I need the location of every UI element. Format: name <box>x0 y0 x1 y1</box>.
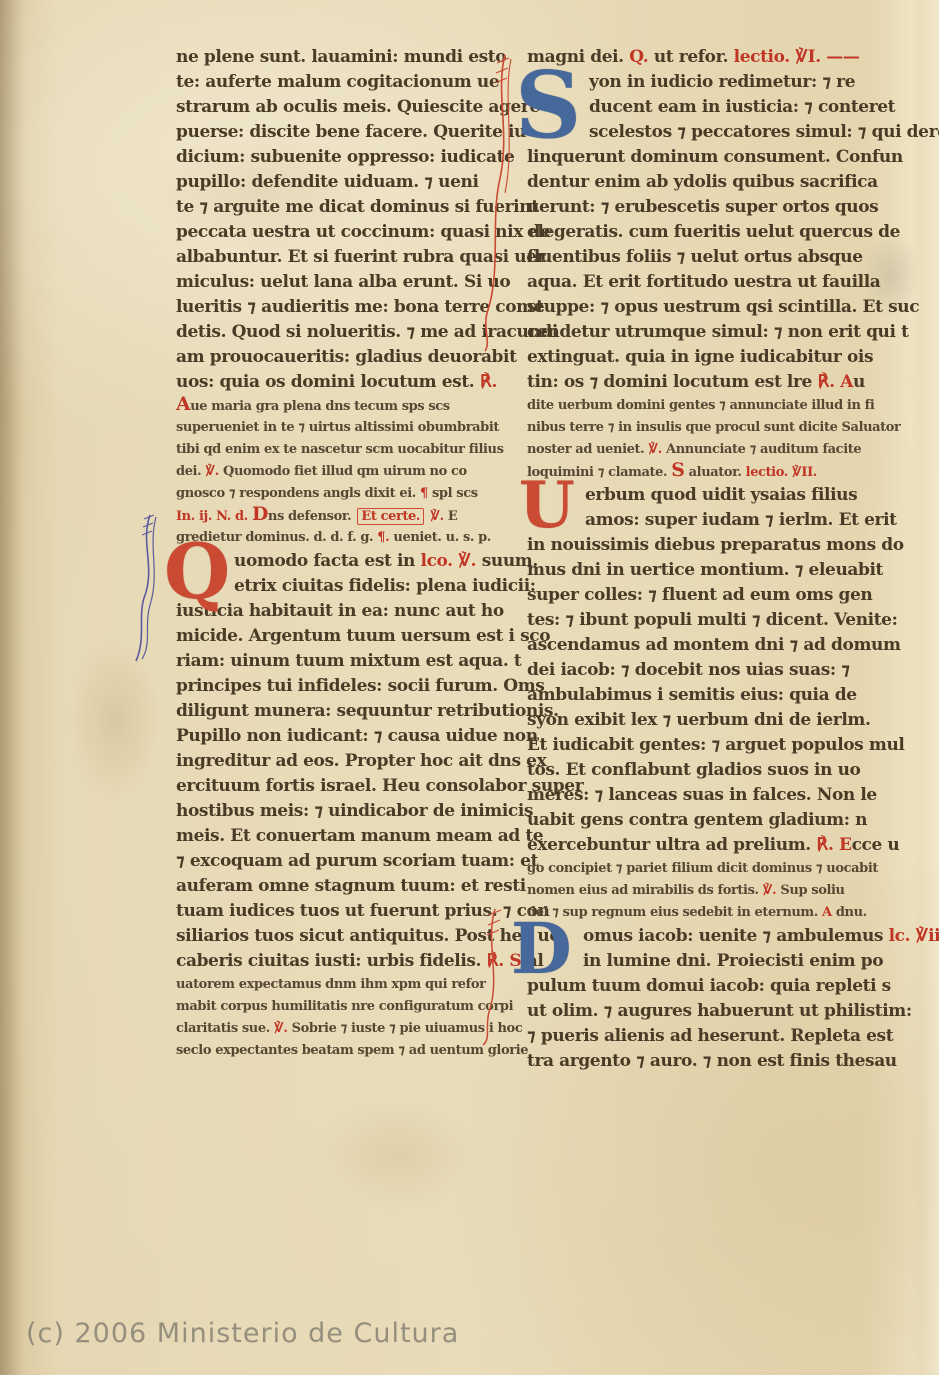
manuscript-line: meis. Et conuertam manum meam ad te <box>176 824 512 849</box>
text-run: exercebuntur ultra ad prelium. <box>527 835 816 855</box>
manuscript-line: am prouocaueritis: gladius deuorabit <box>176 345 512 370</box>
rubric-text-run: Q. <box>629 47 648 67</box>
text-run: uatorem expectamus dnm ihm xpm qui refor <box>176 977 486 992</box>
rubric-text-run: ℟. E <box>816 835 851 855</box>
text-run: ne plene sunt. lauamini: mundi esto <box>176 47 506 67</box>
manuscript-line: super colles: ⁊ fluent ad eum oms gen <box>527 583 879 608</box>
manuscript-line: detis. Quod si nolueritis. ⁊ me ad iracu… <box>176 320 512 345</box>
text-run: dei iacob: ⁊ docebit nos uias suas: ⁊ <box>527 660 850 680</box>
text-run: ambulabimus i semitis eius: quia de <box>527 685 857 705</box>
manuscript-line: erbum quod uidit ysaias filius <box>527 483 879 508</box>
manuscript-line: aqua. Et erit fortitudo uestra ut fauill… <box>527 270 879 295</box>
manuscript-line: dei iacob: ⁊ docebit nos uias suas: ⁊ <box>527 658 879 683</box>
text-run: erbum quod uidit ysaias filius <box>585 485 857 505</box>
manuscript-line: elegeratis. cum fueritis uelut quercus d… <box>527 220 879 245</box>
manuscript-line: tin: os ⁊ domini locutum est lre ℟. Au <box>527 370 879 395</box>
text-run: Annunciate ⁊ auditum facite <box>662 442 861 457</box>
text-run: uerunt: ⁊ erubescetis super ortos quos <box>527 197 878 217</box>
text-run: uabit gens contra gentem gladium: n <box>527 810 867 830</box>
manuscript-line: cendetur utrumque simul: ⁊ non erit qui … <box>527 320 879 345</box>
text-column-right: magni dei. Q. ut refor. lectio. ℣I. ——yo… <box>527 45 879 1074</box>
text-run: uos: quia os domini locutum est. <box>176 372 480 392</box>
parchment-stain <box>318 1100 478 1210</box>
text-run: dnu. <box>832 905 867 920</box>
manuscript-line: syon exibit lex ⁊ uerbum dni de ierlm. <box>527 708 879 733</box>
text-run: linquerunt dominum consument. Confun <box>527 147 903 167</box>
manuscript-line: tos. Et conflabunt gladios suos in uo <box>527 758 879 783</box>
text-run: in nouissimis diebus preparatus mons do <box>527 535 904 555</box>
manuscript-line: dite uerbum domini gentes ⁊ annunciate i… <box>527 395 879 417</box>
text-run: strarum ab oculis meis. Quiescite agere <box>176 97 540 117</box>
manuscript-line: riam: uinum tuum mixtum est aqua. t <box>176 649 512 674</box>
text-run: go concipiet ⁊ pariet filium dicit domin… <box>527 861 878 876</box>
text-run: fluentibus foliis ⁊ uelut ortus absque <box>527 247 863 267</box>
drop-initial-S: S <box>515 63 581 148</box>
text-run: tos. Et conflabunt gladios suos in uo <box>527 760 860 780</box>
text-run: superueniet in te ⁊ uirtus altissimi obu… <box>176 420 499 435</box>
text-run: syon exibit lex ⁊ uerbum dni de ierlm. <box>527 710 871 730</box>
manuscript-line: ⁊ pueris alienis ad heserunt. Repleta es… <box>527 1024 879 1049</box>
text-run: dicium: subuenite oppresso: iudicate <box>176 147 514 167</box>
text-run: Sobrie ⁊ iuste ⁊ pie uiuamus i hoc <box>288 1021 523 1036</box>
rubric-text-run: In. ij. N. d. <box>176 509 252 524</box>
manuscript-line: strarum ab oculis meis. Quiescite agere <box>176 95 512 120</box>
manuscript-line: principes tui infideles: socii furum. Om… <box>176 674 512 699</box>
text-run: ⁊ pueris alienis ad heserunt. Repleta es… <box>527 1026 893 1046</box>
text-run: cce u <box>852 835 900 855</box>
text-run: ascendamus ad montem dni ⁊ ad domum <box>527 635 901 655</box>
manuscript-line: go concipiet ⁊ pariet filium dicit domin… <box>527 858 879 880</box>
manuscript-line: uatorem expectamus dnm ihm xpm qui refor <box>176 974 512 996</box>
text-run: dite uerbum domini gentes ⁊ annunciate i… <box>527 398 874 413</box>
manuscript-line: pulum tuum domui iacob: quia repleti s <box>527 974 879 999</box>
text-run: tra argento ⁊ auro. ⁊ non est finis thes… <box>527 1051 897 1071</box>
manuscript-photo: ne plene sunt. lauamini: mundi estote: a… <box>0 0 939 1375</box>
manuscript-line: exercebuntur ultra ad prelium. ℟. Ecce u <box>527 833 879 858</box>
text-run: noster ad ueniet. <box>527 442 648 457</box>
manuscript-line: loquimini ⁊ clamate. S aluator. lectio. … <box>527 461 879 483</box>
manuscript-line: In. ij. N. d. Dns defensor. Et certe. ℣.… <box>176 505 512 527</box>
text-run: auferam omne stagnum tuum: et resti <box>176 876 526 896</box>
text-run: omus iacob: uenite ⁊ ambulemus <box>583 926 889 946</box>
manuscript-line: seclo expectantes beatam spem ⁊ ad uentu… <box>176 1040 512 1062</box>
text-run: dentur enim ab ydolis quibus sacrifica <box>527 172 878 192</box>
rubric-text-run: ℣. <box>763 883 777 898</box>
text-run: lueritis ⁊ audieritis me: bona terre com… <box>176 297 544 317</box>
manuscript-line: miculus: uelut lana alba erunt. Si uo <box>176 270 512 295</box>
text-run: yon in iudicio redimetur: ⁊ re <box>589 72 855 92</box>
text-run: tes: ⁊ ibunt populi multi ⁊ dicent. Veni… <box>527 610 897 630</box>
text-run: ns defensor. <box>268 509 355 524</box>
text-run: etrix ciuitas fidelis: plena iudicii: <box>234 576 536 596</box>
manuscript-line: te ⁊ arguite me dicat dominus si fuerint <box>176 195 512 220</box>
text-run: nomen eius ad mirabilis ds fortis. <box>527 883 763 898</box>
text-run: te ⁊ arguite me dicat dominus si fuerint <box>176 197 539 217</box>
manuscript-line: dentur enim ab ydolis quibus sacrifica <box>527 170 879 195</box>
text-run: peccata uestra ut coccinum: quasi nix de <box>176 222 550 242</box>
text-run: caberis ciuitas iusti: urbis fidelis. <box>176 951 487 971</box>
manuscript-line: Pupillo non iudicant: ⁊ causa uidue non <box>176 724 512 749</box>
text-run: ⁊ excoquam ad purum scoriam tuam: et <box>176 851 538 871</box>
text-run: Sup soliu <box>776 883 844 898</box>
text-run: nibus terre ⁊ in insulis que procul sunt… <box>527 420 901 435</box>
text-run: tuam iudices tuos ut fuerunt prius. ⁊ co… <box>176 901 549 921</box>
text-run: ueniet. u. s. p. <box>389 530 491 545</box>
text-run: albabuntur. Et si fuerint rubra quasi ue… <box>176 247 545 267</box>
manuscript-line: dei. ℣. Quomodo fiet illud qm uirum no c… <box>176 461 512 483</box>
text-run: miculus: uelut lana alba erunt. Si uo <box>176 272 510 292</box>
text-run: pupillo: defendite uiduam. ⁊ ueni <box>176 172 479 192</box>
manuscript-line: auferam omne stagnum tuum: et resti <box>176 874 512 899</box>
drop-initial-U: U <box>519 477 575 536</box>
text-run: hostibus meis: ⁊ uindicabor de inimicis <box>176 801 533 821</box>
text-run: ut olim. ⁊ augures habuerunt ut philisti… <box>527 1001 912 1021</box>
manuscript-line: ascendamus ad montem dni ⁊ ad domum <box>527 633 879 658</box>
text-run: dei. <box>176 464 205 479</box>
manuscript-line: stuppe: ⁊ opus uestrum qsi scintilla. Et… <box>527 295 879 320</box>
manuscript-line: amos: super iudam ⁊ ierlm. Et erit <box>527 508 879 533</box>
text-run: claritatis sue. <box>176 1021 274 1036</box>
text-run: in lumine dni. Proiecisti enim po <box>583 951 883 971</box>
penwork-flourish-icon <box>130 513 164 663</box>
text-run: mus dni in uertice montium. ⁊ eleuabit <box>527 560 883 580</box>
text-run: uomodo facta est in <box>234 551 421 571</box>
text-run: ducent eam in iusticia: ⁊ conteret <box>589 97 895 117</box>
rubric-text-run: ℣. <box>205 464 219 479</box>
binding-gutter-shadow <box>0 0 26 1375</box>
rubric-text-run: lco. ℣. <box>421 551 477 571</box>
manuscript-line: omus iacob: uenite ⁊ ambulemus lc. ℣iij. <box>527 924 879 949</box>
text-run: scelestos ⁊ peccatores simul: ⁊ qui dere <box>589 122 939 142</box>
copyright-watermark: (c) 2006 Ministerio de Cultura <box>26 1318 459 1349</box>
manuscript-line: pupillo: defendite uiduam. ⁊ ueni <box>176 170 512 195</box>
text-run: extinguat. quia in igne iudicabitur ois <box>527 347 873 367</box>
text-run: super colles: ⁊ fluent ad eum oms gen <box>527 585 872 605</box>
text-run: mabit corpus humilitatis nre configuratu… <box>176 999 513 1014</box>
rubric-text-run: lectio. ℣I. —— <box>734 47 860 67</box>
text-run: amos: super iudam ⁊ ierlm. Et erit <box>585 510 897 530</box>
drop-initial-Q: Q <box>164 537 230 607</box>
manuscript-line: fluentibus foliis ⁊ uelut ortus absque <box>527 245 879 270</box>
text-run: ue maria gra plena dns tecum sps scs <box>190 399 449 414</box>
manuscript-line: claritatis sue. ℣. Sobrie ⁊ iuste ⁊ pie … <box>176 1018 512 1040</box>
manuscript-line: tes: ⁊ ibunt populi multi ⁊ dicent. Veni… <box>527 608 879 633</box>
text-run: ercituum fortis israel. Heu consolabor s… <box>176 776 583 796</box>
manuscript-line: gnosco ⁊ respondens angls dixit ei. ¶ sp… <box>176 483 512 505</box>
manuscript-line: tibi qd enim ex te nascetur scm uocabitu… <box>176 439 512 461</box>
manuscript-line: nibus terre ⁊ in insulis que procul sunt… <box>527 417 879 439</box>
manuscript-line: meres: ⁊ lanceas suas in falces. Non le <box>527 783 879 808</box>
manuscript-line: ercituum fortis israel. Heu consolabor s… <box>176 774 512 799</box>
rubric-text-run: ¶ <box>420 486 428 501</box>
text-run: ingreditur ad eos. Propter hoc ait dns e… <box>176 751 546 771</box>
rubric-text-run: lectio. ℣II. <box>746 465 817 480</box>
manuscript-line: diligunt munera: sequuntur retributionis… <box>176 699 512 724</box>
manuscript-line: uerunt: ⁊ erubescetis super ortos quos <box>527 195 879 220</box>
manuscript-line: caberis ciuitas iusti: urbis fidelis. ℟.… <box>176 949 512 974</box>
manuscript-line: del ⁊ sup regnum eius sedebit in eternum… <box>527 902 879 924</box>
text-run: am prouocaueritis: gladius deuorabit <box>176 347 517 367</box>
manuscript-line: micide. Argentum tuum uersum est i sco <box>176 624 512 649</box>
manuscript-line: ne plene sunt. lauamini: mundi esto <box>176 45 512 70</box>
rubric-text-run: ℟. <box>480 372 497 392</box>
text-run: E <box>448 509 458 524</box>
rubric-text-run: lc. ℣iij. <box>889 926 939 946</box>
page-edge-highlight <box>921 0 939 1375</box>
text-run: pulum tuum domui iacob: quia repleti s <box>527 976 891 996</box>
manuscript-line: Et iudicabit gentes: ⁊ arguet populos mu… <box>527 733 879 758</box>
manuscript-line: superueniet in te ⁊ uirtus altissimi obu… <box>176 417 512 439</box>
manuscript-line: hostibus meis: ⁊ uindicabor de inimicis <box>176 799 512 824</box>
parchment-stain <box>70 640 160 800</box>
manuscript-line: mabit corpus humilitatis nre configuratu… <box>176 996 512 1018</box>
drop-initial-D: D <box>511 917 572 981</box>
text-run: meres: ⁊ lanceas suas in falces. Non le <box>527 785 877 805</box>
text-run: micide. Argentum tuum uersum est i sco <box>176 626 550 646</box>
manuscript-line: tuam iudices tuos ut fuerunt prius. ⁊ co… <box>176 899 512 924</box>
text-run: te: auferte malum cogitacionum ue <box>176 72 499 92</box>
text-run: riam: uinum tuum mixtum est aqua. t <box>176 651 521 671</box>
manuscript-line: ut olim. ⁊ augures habuerunt ut philisti… <box>527 999 879 1024</box>
text-run: spl scs <box>428 486 478 501</box>
text-run: principes tui infideles: socii furum. Om… <box>176 676 544 696</box>
manuscript-line: ingreditur ad eos. Propter hoc ait dns e… <box>176 749 512 774</box>
rubric-text-run: ¶. <box>377 530 389 545</box>
manuscript-line: mus dni in uertice montium. ⁊ eleuabit <box>527 558 879 583</box>
text-run: aqua. Et erit fortitudo uestra ut fauill… <box>527 272 880 292</box>
text-run: cendetur utrumque simul: ⁊ non erit qui … <box>527 322 909 342</box>
manuscript-line: peccata uestra ut coccinum: quasi nix de <box>176 220 512 245</box>
manuscript-line: in lumine dni. Proiecisti enim po <box>527 949 879 974</box>
manuscript-line: siliarios tuos sicut antiquitus. Post he… <box>176 924 512 949</box>
rubric-text-run: ℣. <box>274 1021 288 1036</box>
manuscript-line: te: auferte malum cogitacionum ue <box>176 70 512 95</box>
text-run: Quomodo fiet illud qm uirum no co <box>219 464 467 479</box>
text-run: elegeratis. cum fueritis uelut quercus d… <box>527 222 900 242</box>
text-run: meis. Et conuertam manum meam ad te <box>176 826 543 846</box>
manuscript-line: uabit gens contra gentem gladium: n <box>527 808 879 833</box>
text-run: puerse: discite bene facere. Querite iu <box>176 122 526 142</box>
rubric-text-run: S <box>671 459 684 481</box>
rubric-text-run: ℣. <box>426 509 448 524</box>
text-run: tin: os ⁊ domini locutum est lre <box>527 372 817 392</box>
text-column-left: ne plene sunt. lauamini: mundi estote: a… <box>176 45 512 1062</box>
manuscript-line: ambulabimus i semitis eius: quia de <box>527 683 879 708</box>
text-run: Pupillo non iudicant: ⁊ causa uidue non <box>176 726 538 746</box>
rubric-text-run: A <box>822 905 832 920</box>
manuscript-line: extinguat. quia in igne iudicabitur ois <box>527 345 879 370</box>
manuscript-line: Aue maria gra plena dns tecum sps scs <box>176 395 512 417</box>
manuscript-line: uos: quia os domini locutum est. ℟. <box>176 370 512 395</box>
manuscript-line: tra argento ⁊ auro. ⁊ non est finis thes… <box>527 1049 879 1074</box>
text-run: detis. Quod si nolueritis. ⁊ me ad iracu… <box>176 322 558 342</box>
manuscript-line: noster ad ueniet. ℣. Annunciate ⁊ auditu… <box>527 439 879 461</box>
rubric-text-run: A <box>176 393 190 415</box>
text-run: diligunt munera: sequuntur retributionis… <box>176 701 559 721</box>
text-run: siliarios tuos sicut antiquitus. Post he… <box>176 926 560 946</box>
manuscript-line: in nouissimis diebus preparatus mons do <box>527 533 879 558</box>
rubric-text-run: ℣. <box>648 442 662 457</box>
manuscript-line: albabuntur. Et si fuerint rubra quasi ue… <box>176 245 512 270</box>
manuscript-line: nomen eius ad mirabilis ds fortis. ℣. Su… <box>527 880 879 902</box>
manuscript-line: dicium: subuenite oppresso: iudicate <box>176 145 512 170</box>
rubric-text-run: D <box>252 503 268 525</box>
text-run: u <box>853 372 865 392</box>
rubric-text-run: Et certe. <box>357 508 424 525</box>
text-run: ut refor. <box>648 47 733 67</box>
text-run: aluator. <box>685 465 746 480</box>
manuscript-line: puerse: discite bene facere. Querite iu <box>176 120 512 145</box>
text-run: gnosco ⁊ respondens angls dixit ei. <box>176 486 420 501</box>
text-run: stuppe: ⁊ opus uestrum qsi scintilla. Et… <box>527 297 919 317</box>
manuscript-line: ⁊ excoquam ad purum scoriam tuam: et <box>176 849 512 874</box>
text-run: seclo expectantes beatam spem ⁊ ad uentu… <box>176 1043 528 1058</box>
manuscript-line: lueritis ⁊ audieritis me: bona terre com… <box>176 295 512 320</box>
text-run: Et iudicabit gentes: ⁊ arguet populos mu… <box>527 735 904 755</box>
text-run: tibi qd enim ex te nascetur scm uocabitu… <box>176 442 504 457</box>
rubric-text-run: ℟. A <box>817 372 853 392</box>
